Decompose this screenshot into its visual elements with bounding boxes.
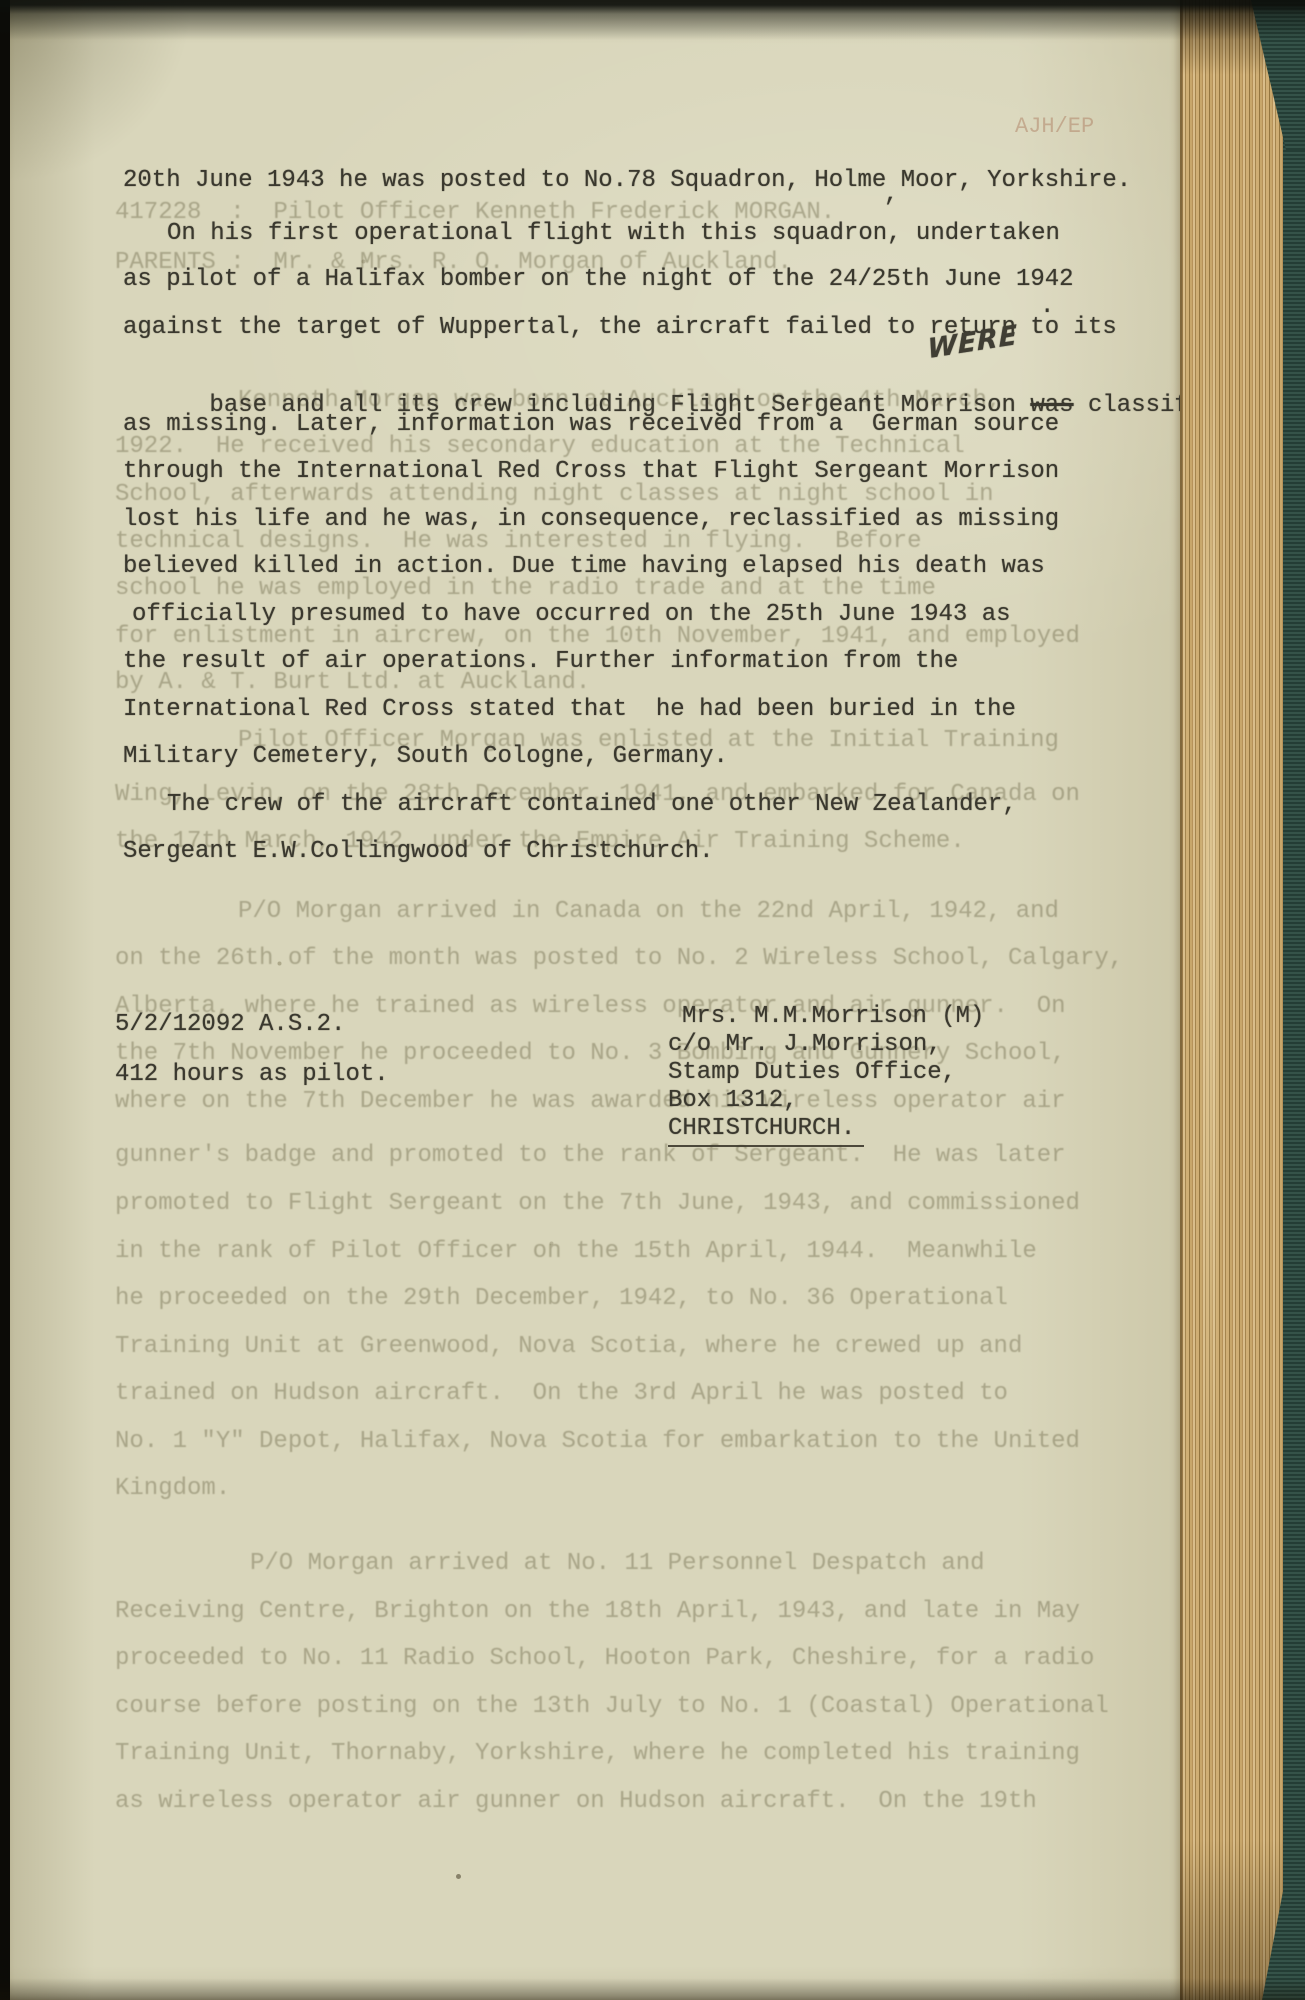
ghost-text-line: in the rank of Pilot Officer on the 15th… bbox=[115, 1237, 1037, 1267]
typed-text-line: International Red Cross stated that he h… bbox=[123, 695, 1016, 725]
typed-text-line: c/o Mr. J.Morrison, bbox=[668, 1030, 942, 1060]
ghost-text-line: course before posting on the 13th July t… bbox=[115, 1692, 1109, 1722]
typed-text-line: as pilot of a Halifax bomber on the nigh… bbox=[123, 265, 1074, 295]
ghost-text-line: where on the 7th December he was awarded… bbox=[115, 1087, 1066, 1117]
struck-word: was bbox=[1030, 392, 1073, 419]
ghost-text-line: Kingdom. bbox=[115, 1474, 230, 1504]
typed-text-line: the result of air operations. Further in… bbox=[123, 647, 958, 677]
typed-text-line: Military Cemetery, South Cologne, German… bbox=[123, 742, 728, 772]
scan-left-gutter-edge bbox=[0, 0, 10, 2000]
typed-text-line: believed killed in action. Due time havi… bbox=[123, 552, 1045, 582]
reference-initials-mark: AJH/EP bbox=[1015, 112, 1094, 142]
ghost-text-line: as wireless operator air gunner on Hudso… bbox=[115, 1787, 1037, 1817]
ghost-text-line: P/O Morgan arrived at No. 11 Personnel D… bbox=[250, 1549, 985, 1579]
typed-text-line: The crew of the aircraft contained one o… bbox=[167, 790, 1017, 820]
ghost-text-line: on the 26th of the month was posted to N… bbox=[115, 944, 1123, 974]
typed-text-line: Sergeant E.W.Collingwood of Christchurch… bbox=[123, 837, 714, 867]
typed-text-line: lost his life and he was, in consequence… bbox=[123, 505, 1059, 535]
ghost-text-line: Training Unit, Thornaby, Yorkshire, wher… bbox=[115, 1739, 1080, 1769]
strike-line-before: base and all its crew including Flight S… bbox=[209, 392, 1030, 419]
book-cover-cloth bbox=[1283, 0, 1305, 2000]
ghost-text-line: promoted to Flight Sergeant on the 7th J… bbox=[115, 1189, 1080, 1219]
ghost-text-line: P/O Morgan arrived in Canada on the 22nd… bbox=[238, 897, 1059, 927]
ghost-text-line: gunner's badge and promoted to the rank … bbox=[115, 1141, 1066, 1171]
typed-text-line: On his first operational flight with thi… bbox=[167, 219, 1060, 249]
typed-text-line: Mrs. M.M.Morrison (M) bbox=[682, 1002, 984, 1032]
typed-text-line: 5/2/12092 A.S.2. bbox=[115, 1010, 345, 1040]
ghost-text-line: proceeded to No. 11 Radio School, Hooton… bbox=[115, 1644, 1094, 1674]
typed-text-line: 20th June 1943 he was posted to No.78 Sq… bbox=[123, 166, 1131, 196]
paper-blemish-specks bbox=[10, 0, 13, 3]
typed-line-with-correction: base and all its crew including Flight S… bbox=[123, 361, 1232, 481]
typed-text-line: CHRISTCHURCH. bbox=[668, 1114, 864, 1147]
book-page-edges bbox=[1180, 0, 1284, 2000]
ghost-text-line: Receiving Centre, Brighton on the 18th A… bbox=[115, 1597, 1080, 1627]
ghost-text-line: Training Unit at Greenwood, Nova Scotia,… bbox=[115, 1332, 1022, 1362]
ghost-text-line: he proceeded on the 29th December, 1942,… bbox=[115, 1284, 1008, 1314]
typed-text-line: officially presumed to have occurred on … bbox=[132, 600, 1011, 630]
ghost-text-line: trained on Hudson aircraft. On the 3rd A… bbox=[115, 1379, 1008, 1409]
document-paper: 417228 : Pilot Officer Kenneth Frederick… bbox=[10, 0, 1180, 2000]
typed-text-line: Stamp Duties Office, bbox=[668, 1058, 956, 1088]
ghost-text-line: No. 1 "Y" Depot, Halifax, Nova Scotia fo… bbox=[115, 1427, 1080, 1457]
typed-text-line: , bbox=[884, 180, 898, 210]
typed-text-line: 412 hours as pilot. bbox=[115, 1060, 389, 1090]
typed-text-line: Box 1312, bbox=[668, 1086, 798, 1116]
typed-text-line: . bbox=[1040, 292, 1054, 322]
